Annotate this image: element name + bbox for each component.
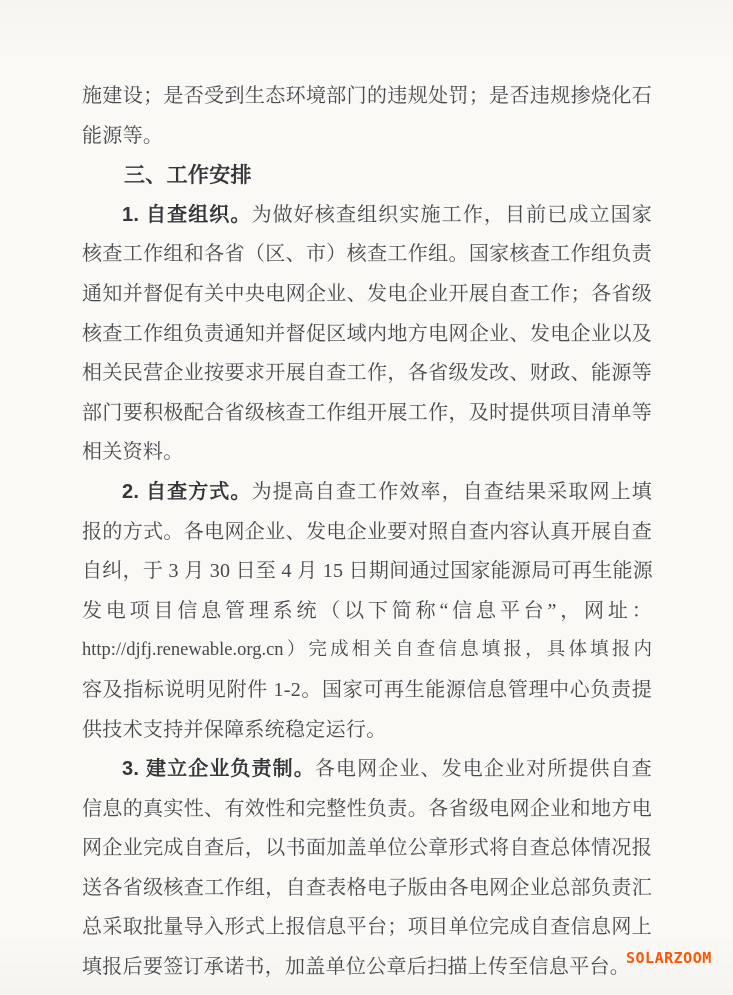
line-text: 为做好核查组织实施工作，目前已成立国家 [252, 204, 652, 226]
text-line: 填报后要签订承诺书，加盖单位公章后扫描上传至信息平台。 [82, 948, 652, 988]
line-text: 相关民营企业按要求开展自查工作，各省级发改、财政、能源等 [82, 362, 652, 384]
line-text: 部门要积极配合省级核查工作组开展工作，及时提供项目清单等 [82, 402, 652, 424]
text-line: 1. 自查组织。为做好核查组织实施工作，目前已成立国家 [82, 196, 652, 236]
line-text: 为提高自查工作效率，自查结果采取网上填 [252, 481, 652, 503]
line-text: 相关资料。 [82, 441, 184, 463]
lead-text: 3. 建立企业负责制。 [122, 758, 315, 780]
line-text: http://djfj.renewable.org.cn）完成相关自查信息填报，… [82, 640, 652, 660]
text-line: 核查工作组负责通知并督促区域内地方电网企业、发电企业以及 [82, 315, 652, 355]
line-text: 报的方式。各电网企业、发电企业要对照自查内容认真开展自查 [82, 521, 652, 543]
lead-text: 1. 自查组织。 [122, 204, 252, 226]
text-line: 相关民营企业按要求开展自查工作，各省级发改、财政、能源等 [82, 354, 652, 394]
line-text: 容及指标说明见附件 1-2。国家可再生能源信息管理中心负责提 [82, 679, 652, 701]
section-heading-text: 三、工作安排 [124, 164, 252, 187]
text-line: 通知并督促有关中央电网企业、发电企业开展自查工作；各省级 [82, 275, 652, 315]
line-text: 核查工作组和各省（区、市）核查工作组。国家核查工作组负责 [82, 243, 652, 265]
line-text: 发电项目信息管理系统（以下简称“信息平台”，网址： [82, 600, 652, 622]
line-text: 自纠，于 3 月 30 日至 4 月 15 日期间通过国家能源局可再生能源 [82, 560, 652, 582]
text-line-url: http://djfj.renewable.org.cn）完成相关自查信息填报，… [82, 631, 652, 671]
text-line: 报的方式。各电网企业、发电企业要对照自查内容认真开展自查 [82, 513, 652, 553]
text-line: 总采取批量导入形式上报信息平台；项目单位完成自查信息网上 [82, 908, 652, 948]
line-text: 信息的真实性、有效性和完整性负责。各省级电网企业和地方电 [82, 798, 652, 820]
line-text: 送各省级核查工作组，自查表格电子版由各电网企业总部负责汇 [82, 877, 652, 899]
scanned-document-page: 施建设；是否受到生态环境部门的违规处罚；是否违规掺烧化石 能源等。 三、工作安排… [0, 0, 733, 995]
text-line: 核查工作组和各省（区、市）核查工作组。国家核查工作组负责 [82, 235, 652, 275]
text-line: 网企业完成自查后，以书面加盖单位公章形式将自查总体情况报 [82, 829, 652, 869]
document-body: 施建设；是否受到生态环境部门的违规处罚；是否违规掺烧化石 能源等。 三、工作安排… [82, 77, 652, 988]
text-line: 相关资料。 [82, 433, 652, 473]
text-line: 3. 建立企业负责制。各电网企业、发电企业对所提供自查 [82, 750, 652, 790]
solarzoom-watermark: SOLARZOOM [626, 949, 712, 967]
text-line: 送各省级核查工作组，自查表格电子版由各电网企业总部负责汇 [82, 869, 652, 909]
line-text: 各电网企业、发电企业对所提供自查 [315, 758, 652, 780]
text-line: 2. 自查方式。为提高自查工作效率，自查结果采取网上填 [82, 473, 652, 513]
line-text: 通知并督促有关中央电网企业、发电企业开展自查工作；各省级 [82, 283, 652, 305]
line-text: 总采取批量导入形式上报信息平台；项目单位完成自查信息网上 [82, 916, 652, 938]
line-text: 能源等。 [82, 125, 163, 147]
line-text: 供技术支持并保障系统稳定运行。 [82, 719, 387, 741]
text-line: 施建设；是否受到生态环境部门的违规处罚；是否违规掺烧化石 [82, 77, 652, 117]
text-line: 能源等。 [82, 117, 652, 157]
line-text: 施建设；是否受到生态环境部门的违规处罚；是否违规掺烧化石 [82, 85, 652, 107]
text-line: 发电项目信息管理系统（以下简称“信息平台”，网址： [82, 592, 652, 632]
lead-text: 2. 自查方式。 [122, 481, 252, 503]
section-heading: 三、工作安排 [82, 156, 652, 196]
text-line: 容及指标说明见附件 1-2。国家可再生能源信息管理中心负责提 [82, 671, 652, 711]
text-line: 部门要积极配合省级核查工作组开展工作，及时提供项目清单等 [82, 394, 652, 434]
line-text: 核查工作组负责通知并督促区域内地方电网企业、发电企业以及 [82, 323, 652, 345]
text-line: 信息的真实性、有效性和完整性负责。各省级电网企业和地方电 [82, 790, 652, 830]
line-text: 网企业完成自查后，以书面加盖单位公章形式将自查总体情况报 [82, 837, 652, 859]
line-text: 填报后要签订承诺书，加盖单位公章后扫描上传至信息平台。 [82, 956, 630, 978]
text-line: 自纠，于 3 月 30 日至 4 月 15 日期间通过国家能源局可再生能源 [82, 552, 652, 592]
text-line: 供技术支持并保障系统稳定运行。 [82, 711, 652, 751]
